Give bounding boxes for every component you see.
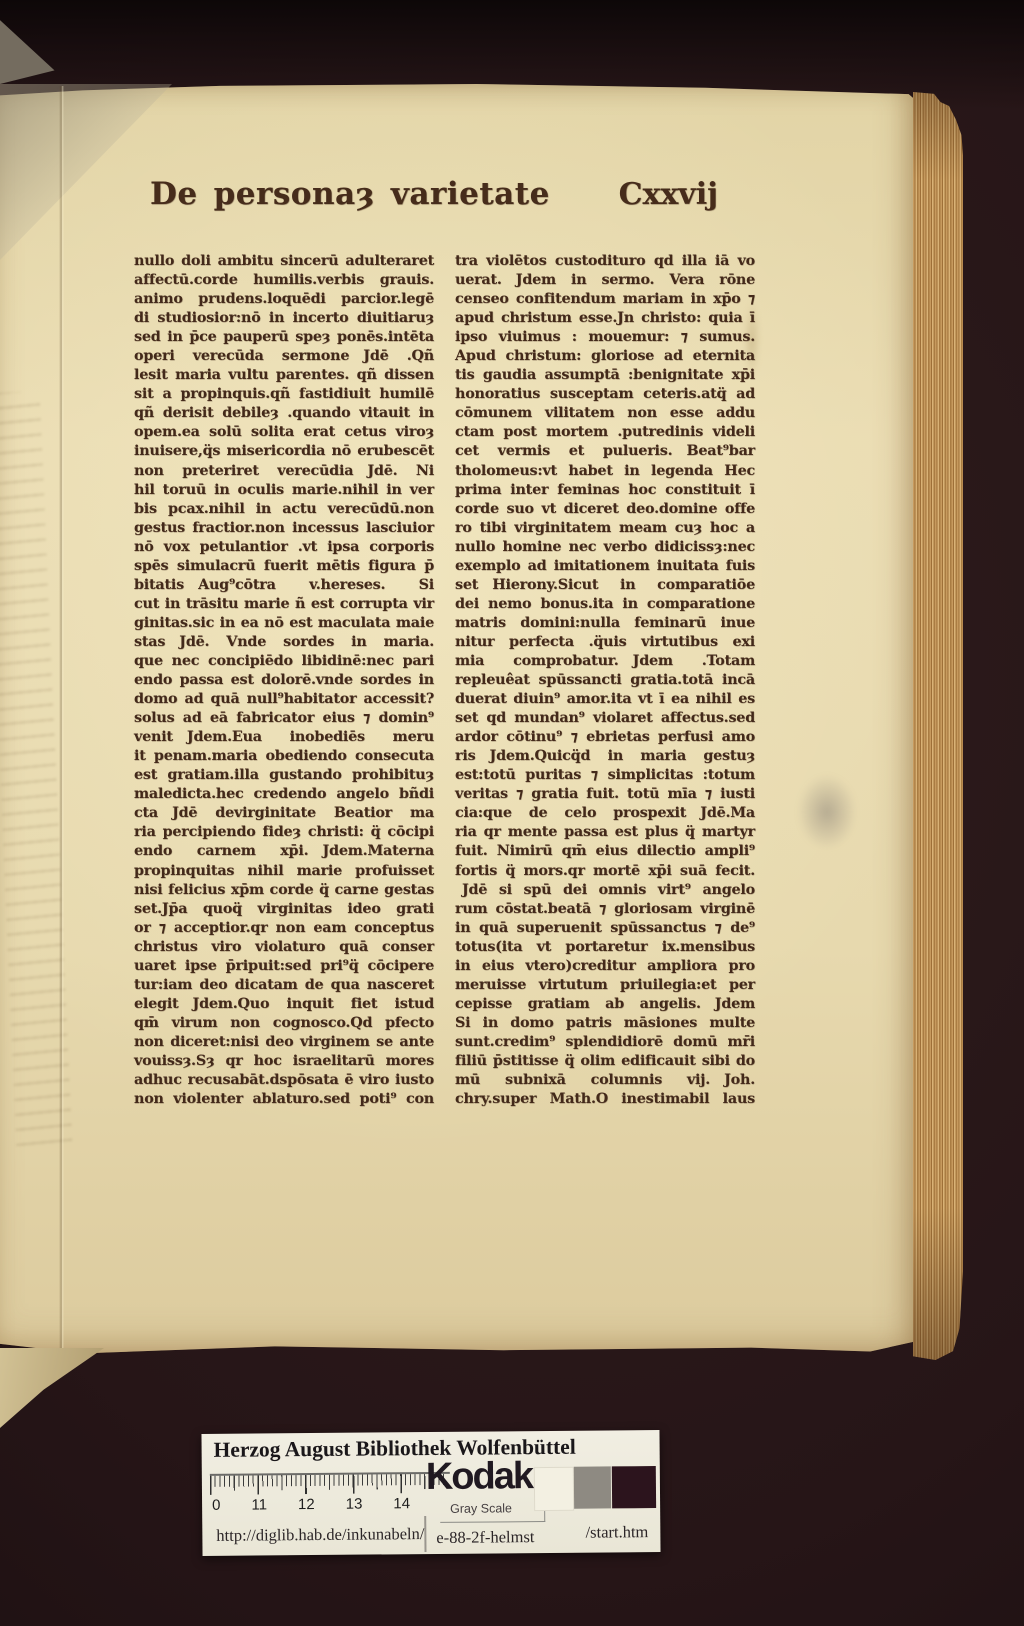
text-line: endo passa est dolorē.vnde sordes in — [134, 671, 434, 690]
text-line: set qd mundan⁹ violaret affectus.sed — [455, 709, 755, 728]
text-line: ginitas.sic in ea nō est maculata maie — [134, 614, 434, 633]
text-line: cet vermis et pulueris. Beat⁹bar — [455, 442, 755, 461]
text-line: stas Jdē. Vnde sordes in maria. — [134, 633, 434, 652]
text-line: tis gaudia assumptā :benignitate xp̄i — [455, 366, 755, 385]
ruler-number: 14 — [393, 1495, 410, 1512]
text-line: fuit. Nimirū qm̄ eius dilectio ampli⁹ — [455, 842, 755, 861]
ruler-ticks-major — [210, 1474, 448, 1495]
text-line: est gratiam.illa gustando prohibituȝ — [134, 766, 434, 785]
label-divider-line — [424, 1516, 426, 1552]
gray-patch-dark — [612, 1466, 656, 1508]
kodak-logo: Kodak — [426, 1455, 533, 1499]
folio-number: Cxxvij — [619, 177, 718, 212]
text-line: affectū.corde humilis.verbis grauis. — [134, 271, 434, 290]
text-line: non diceret:nisi deo virginem se ante — [134, 1033, 434, 1052]
text-line: endo carnem xp̄i. Jdem.Materna — [134, 842, 434, 861]
page-crease — [59, 86, 64, 1352]
text-line: bitatis Aug⁹cōtra v.hereses. Si — [134, 576, 434, 595]
text-line: tur:iam deo dicatam de qua nasceret — [134, 976, 434, 995]
text-line: Si in domo patris māsiones multe — [455, 1014, 755, 1033]
text-line: operi verecūda sermone Jdē .Qñ — [134, 347, 434, 366]
text-line: rum cōstat.beatā ⁊ gloriosam virginē — [455, 900, 755, 919]
text-line: lesit maria vultu parentes. qñ dissen — [134, 366, 434, 385]
text-line: filiū p̄stitisse q̈ olim edificauit sibi… — [455, 1052, 755, 1071]
gray-patch-mid — [574, 1466, 611, 1508]
text-line: Jdē si spū dei omnis virt⁹ angelo — [455, 881, 755, 900]
text-line: non preteriret verecūdia Jdē. Ni — [134, 462, 434, 481]
text-line: maledicta.hec credendo angelo bñdi — [134, 785, 434, 804]
ruler-number: 13 — [346, 1496, 363, 1513]
text-line: Apud christum: gloriose ad eternita — [455, 347, 755, 366]
text-line: ria qr mente passa est plus q̈ martyr — [455, 823, 755, 842]
text-line: set Hierony.Sicut in comparatiōe — [455, 576, 755, 595]
text-line: hil toruū in oculis marie.nihil in ver — [134, 481, 434, 500]
text-line: nitur perfecta .q̈uis virtutibus exi — [455, 633, 755, 652]
shelfmark: e-88-2f-helmst — [436, 1527, 534, 1548]
text-line: nullo doli ambitu sincerū adulteraret — [134, 252, 434, 271]
text-line: qm̄ virum non cognosco.Qd pfecto — [134, 1014, 434, 1033]
text-line: gestus fractior.non incessus lasciuior — [134, 519, 434, 538]
text-line: inuisere,q̈s misericordia nō erubescēt — [134, 442, 434, 461]
text-line: propinquitas nihil marie profuisset — [134, 862, 434, 881]
gray-scale-caption: Gray Scale — [440, 1501, 545, 1523]
library-label: Herzog August Bibliothek Wolfenbüttel 01… — [201, 1430, 660, 1556]
text-line: vouissȝ.Sȝ qr hoc israelitarū mores — [134, 1052, 434, 1071]
text-line: domo ad quā null⁹habitator accessit? — [134, 690, 434, 709]
text-line: veritas ⁊ gratia fuit. totū mīa ⁊ iusti — [455, 785, 755, 804]
text-line: ipso viuimus : mouemur: ⁊ sumus. — [455, 328, 755, 347]
text-line: totus(ita vt portaretur ix.mensibus — [455, 938, 755, 957]
book-fore-edge — [913, 92, 963, 1360]
text-line: tholomeus:vt habet in legenda Hec — [455, 462, 755, 481]
text-line: sit a propinquis.qñ fastidiuit humilē — [134, 385, 434, 404]
text-line: christus viro violaturo quā conser — [134, 938, 434, 957]
text-line: it penam.maria obediendo consecuta — [134, 747, 434, 766]
text-line: mū subnixā columnis vij. Joh. — [455, 1071, 755, 1090]
text-line: cta Jdē devirginitate Beatior ma — [134, 804, 434, 823]
text-line: qñ derisit debileȝ .quando vitauit in — [134, 404, 434, 423]
text-line: solus ad eā fabricator eius ⁊ domin⁹ — [134, 709, 434, 728]
text-column-right: tra violētos custodituro qd illa iā voue… — [455, 252, 755, 1109]
text-line: tra violētos custodituro qd illa iā vo — [455, 252, 755, 271]
text-line: corde suo vt diceret deo.domine offe — [455, 500, 755, 519]
margin-stain — [786, 760, 868, 864]
text-line: matris domini:nulla feminarū inue — [455, 614, 755, 633]
text-line: meruisse virtutum priuilegia:et per — [455, 976, 755, 995]
text-line: di studiosior:nō in incerto diuitiaruȝ — [134, 309, 434, 328]
text-line: ria percipiendo fideȝ christi: q̈ cōcipi — [134, 823, 434, 842]
text-line: dei nemo bonus.ita in comparatione — [455, 595, 755, 614]
text-line: ris Jdem.Quicq̈d in maria gestuȝ — [455, 747, 755, 766]
text-line: elegit Jdem.Quo inquit fiet istud — [134, 995, 434, 1014]
text-line: cōmunem vilitatem non esse addu — [455, 404, 755, 423]
text-line: cepisse gratiam ab angelis. Jdem — [455, 995, 755, 1014]
ruler-numbers: 011121314 — [212, 1495, 410, 1514]
text-line: uaret ipse p̄ripuit:sed pri⁹q̈ cōcipere — [134, 957, 434, 976]
text-line: est:totū puritas ⁊ simplicitas :totum — [455, 766, 755, 785]
text-column-left: nullo doli ambitu sincerū adulteraretaff… — [134, 252, 434, 1109]
text-line: sed in p̄ce pauperū speȝ ponēs.intēta — [134, 328, 434, 347]
text-line: uerat. Jdem in sermo. Vera rōne — [455, 271, 755, 290]
ruler-number: 0 — [212, 1497, 220, 1514]
text-line: nullo homine nec verbo didicissȝ:nec — [455, 538, 755, 557]
text-line: animo prudens.loquēdi parcior.legē — [134, 290, 434, 309]
scanned-book-photograph: De personaȝ varietate Cxxvij nullo doli … — [0, 0, 1024, 1626]
text-line: censeo confitendum mariam in xp̄o ⁊ — [455, 290, 755, 309]
text-line: nō vox petulantior .vt ipsa corporis — [134, 538, 434, 557]
text-line: honoratius susceptam ceteris.atq̈ ad — [455, 385, 755, 404]
text-line: sunt.credim⁹ splendidiorē domū mr̄i — [455, 1033, 755, 1052]
running-header: De personaȝ varietate Cxxvij — [150, 176, 718, 212]
text-line: cut in trāsitu marie ñ est corrupta vir — [134, 595, 434, 614]
text-line: ro tibi virginitatem meam cuȝ hoc a — [455, 519, 755, 538]
text-line: venit Jdem.Eua inobediēs meru — [134, 728, 434, 747]
under-page-corner — [0, 1348, 104, 1428]
text-line: or ⁊ acceptior.qr non eam conceptus — [134, 919, 434, 938]
text-line: opem.ea solū solita erat cetus viroȝ — [134, 423, 434, 442]
chapter-title: De personaȝ varietate — [150, 176, 550, 212]
text-line: bis pcax.nihil in actu verecūdū.non — [134, 500, 434, 519]
ruler-number: 12 — [298, 1496, 315, 1513]
text-line: exemplo ad imitationem inuitata fuis — [455, 557, 755, 576]
text-line: fortis q̈ mors.qr mortē xp̄i suā fecit. — [455, 862, 755, 881]
text-line: ctam post mortem .putredinis videli — [455, 423, 755, 442]
text-line: chry.super Math.O inestimabil laus — [455, 1090, 755, 1109]
catalog-url: http://diglib.hab.de/inkunabeln/ — [216, 1524, 424, 1546]
text-line: apud christum esse.Jn christo: quia ī — [455, 309, 755, 328]
gray-patch-white — [534, 1467, 574, 1511]
text-line: nisi felicius xp̄m corde q̈ carne gestas — [134, 881, 434, 900]
text-line: repleuêat spūssancti gratia.totā incā — [455, 671, 755, 690]
text-line: adhuc recusabāt.dspōsata ē viro iusto — [134, 1071, 434, 1090]
text-line: duerat diuin⁹ amor.ita vt ī ea nihil es — [455, 690, 755, 709]
measurement-ruler: 011121314 — [210, 1472, 450, 1518]
start-link: /start.htm — [585, 1522, 648, 1543]
text-line: non violenter ablaturo.sed poti⁹ con — [134, 1090, 434, 1109]
text-line: cia:que de celo prospexit Jdē.Ma — [455, 804, 755, 823]
text-line: in quā superuenit spūssanctus ⁊ de⁹ — [455, 919, 755, 938]
text-line: prima inter feminas hoc constituit ī — [455, 481, 755, 500]
text-line: mia comprobatur. Jdem .Totam — [455, 652, 755, 671]
text-line: set.Jp̄a quoq̈ virginitas ideo grati — [134, 900, 434, 919]
text-line: ardor cōtinu⁹ ⁊ ebrietas perfusi amo — [455, 728, 755, 747]
text-line: in eius vtero)creditur ampliora pro — [455, 957, 755, 976]
text-line: spēs simulacrū fuerit mētis figura p̄ — [134, 557, 434, 576]
text-line: que nec concipiēdo libidinē:nec pari — [134, 652, 434, 671]
ruler-number: 11 — [251, 1496, 267, 1513]
